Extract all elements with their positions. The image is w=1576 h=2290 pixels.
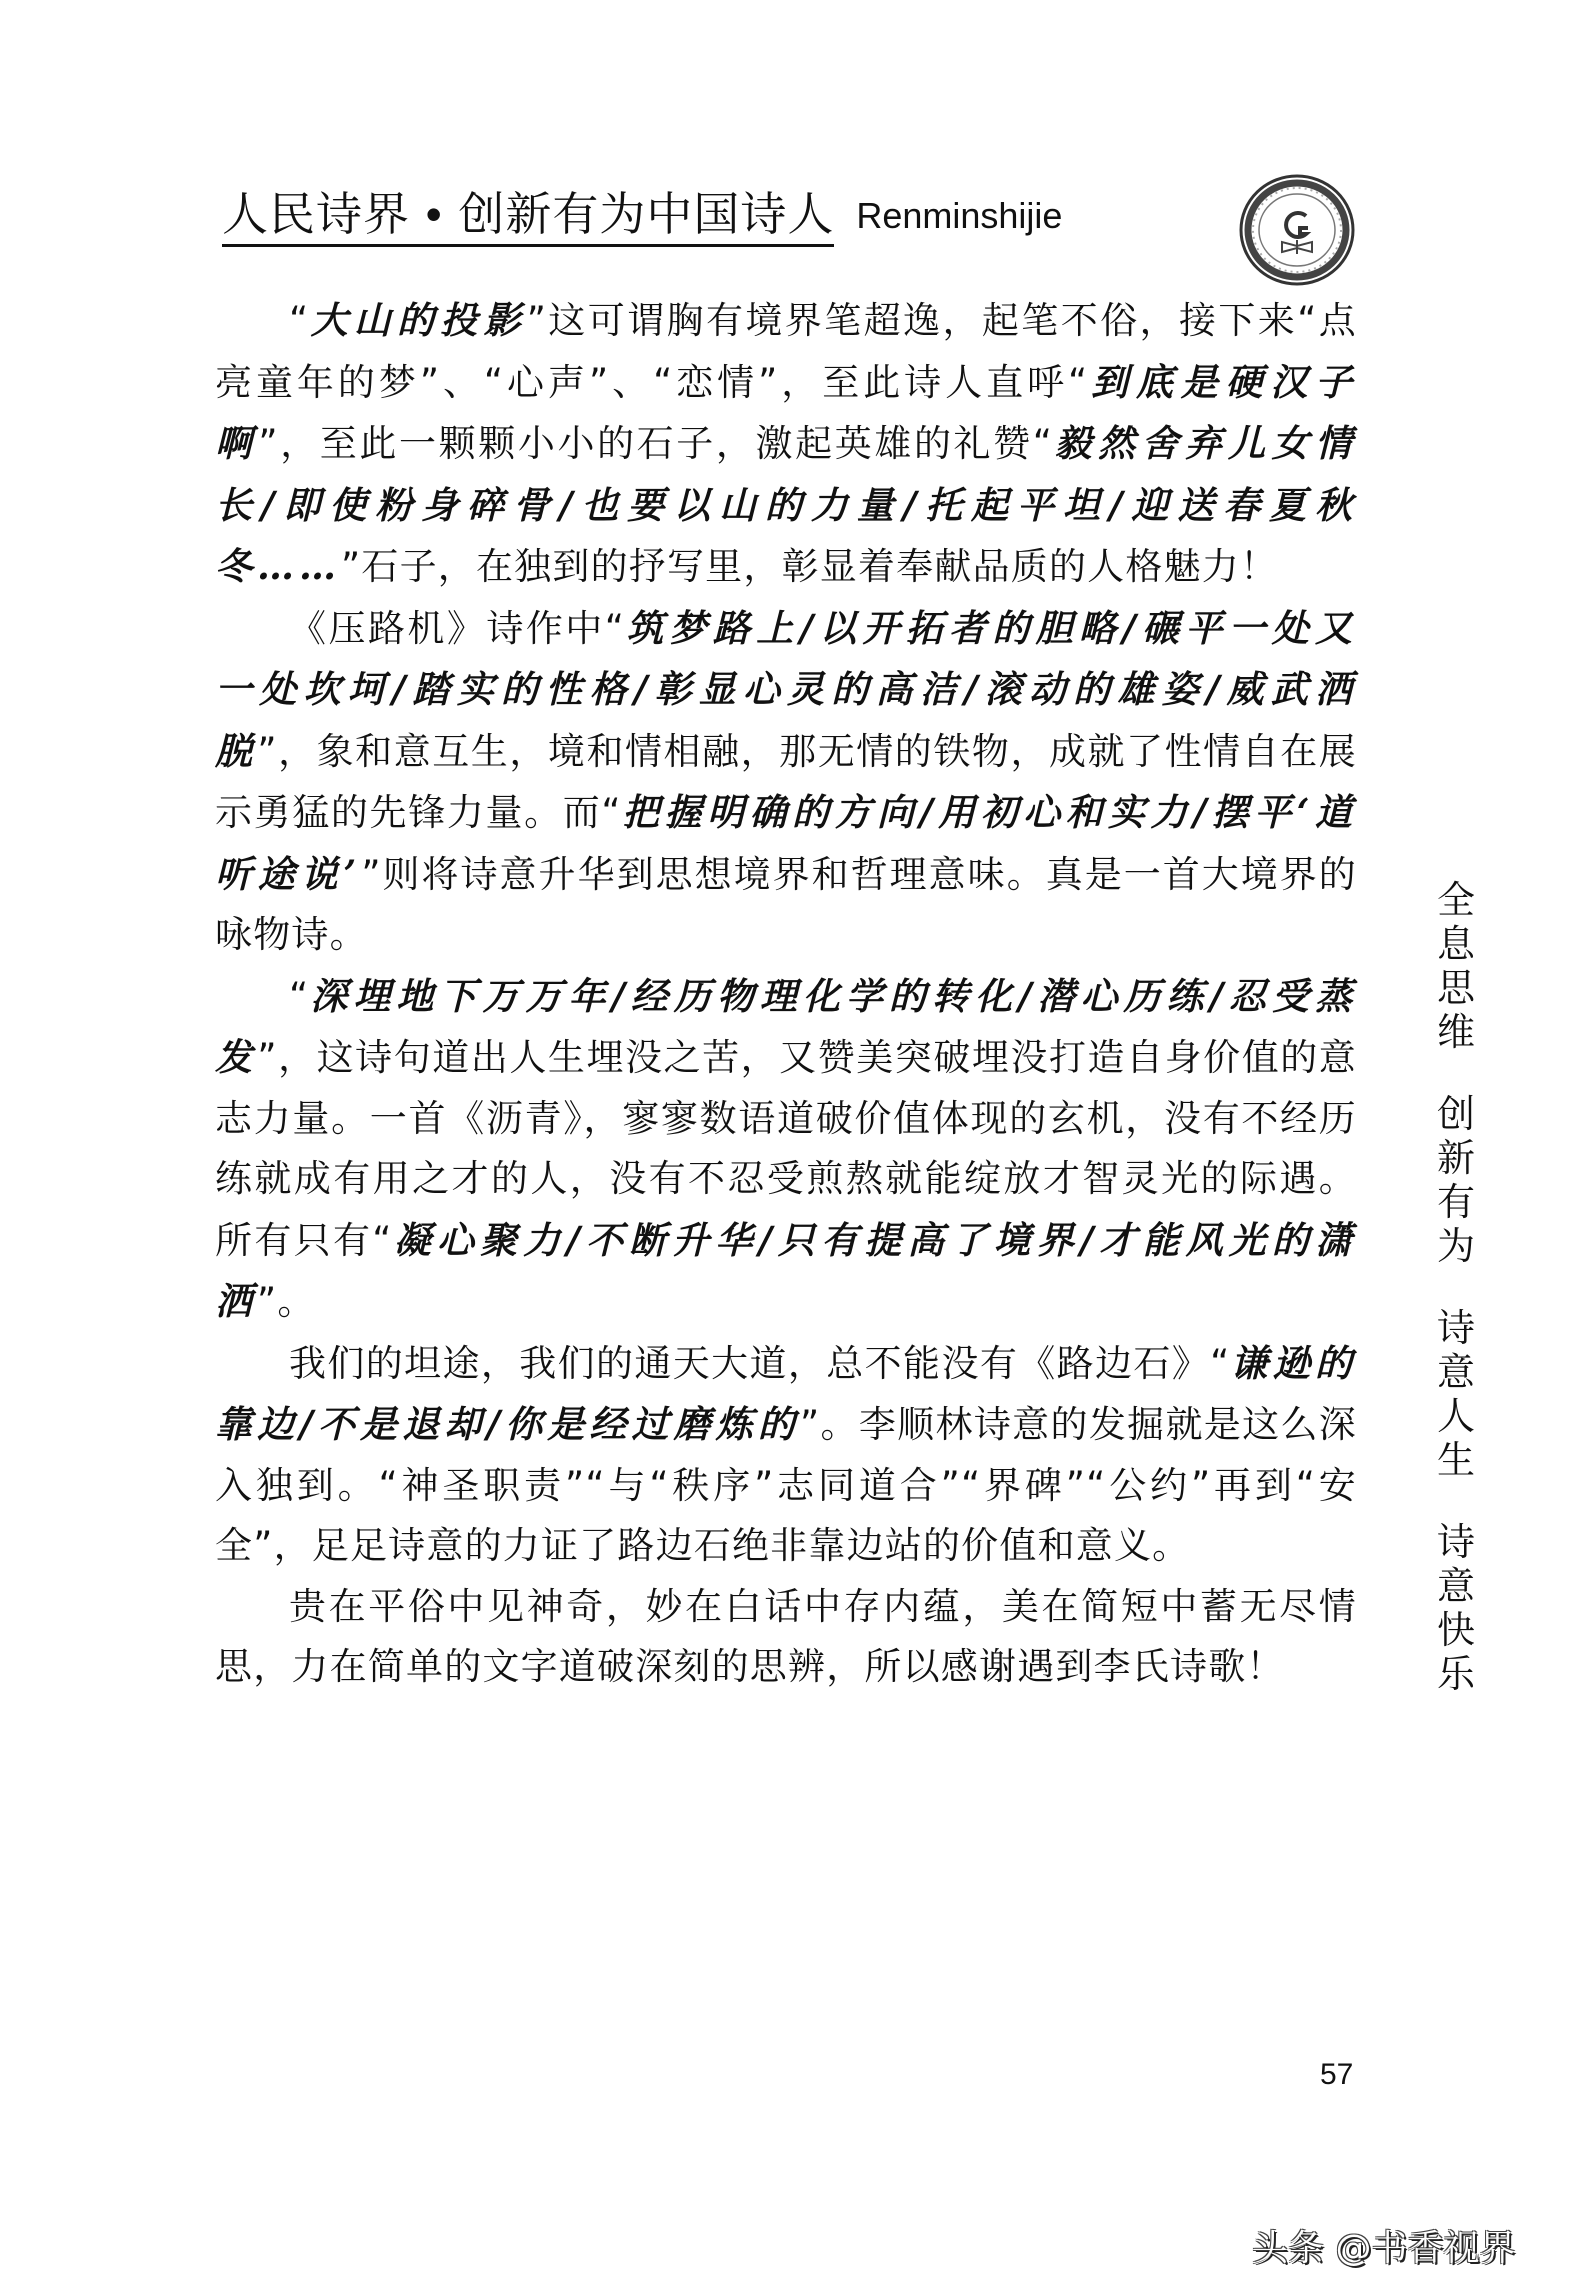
slogan-char: 生: [1432, 1438, 1480, 1482]
slogan-group: 创新有为: [1432, 1092, 1480, 1268]
paragraph: 我们的坦途，我们的通天大道，总不能没有《路边石》“谦逊的靠边/不是退却/你是经过…: [215, 1333, 1357, 1577]
slogan-char: 为: [1432, 1224, 1480, 1268]
text-run: ”则将诗意升华到思想境界和哲理意味。真是一首大境界的咏物诗。: [215, 853, 1357, 957]
running-header: 人民诗界 • 创新有为中国诗人 Renminshijie: [222, 186, 1062, 247]
text-run: “: [289, 299, 309, 342]
text-run: 贵在平俗中见神奇，妙在白话中存内蕴，美在简短中蓄无尽情思，力在简单的文字道破深刻…: [215, 1585, 1357, 1689]
article-body: “大山的投影”这可谓胸有境界笔超逸，起笔不俗，接下来“点亮童年的梦”、“心声”、…: [215, 290, 1357, 1698]
slogan-char: 诗: [1432, 1306, 1480, 1350]
slogan-char: 新: [1432, 1136, 1480, 1180]
slogan-group: 诗意快乐: [1432, 1520, 1480, 1696]
slogan-char: 思: [1432, 966, 1480, 1010]
slogan-char: 人: [1432, 1394, 1480, 1438]
text-run: 《压路机》诗作中“: [289, 607, 625, 650]
slogan-char: 意: [1432, 1350, 1480, 1394]
paragraph: “大山的投影”这可谓胸有境界笔超逸，起笔不俗，接下来“点亮童年的梦”、“心声”、…: [215, 290, 1357, 598]
slogan-char: 息: [1432, 922, 1480, 966]
vertical-slogan-column: 全息思维创新有为诗意人生诗意快乐: [1432, 878, 1480, 1734]
paragraph: 贵在平俗中见神奇，妙在白话中存内蕴，美在简短中蓄无尽情思，力在简单的文字道破深刻…: [215, 1577, 1357, 1698]
slogan-group: 全息思维: [1432, 878, 1480, 1054]
paragraph: “深埋地下万万年/经历物理化学的转化/潜心历练/忍受蒸发”，这诗句道出人生埋没之…: [215, 966, 1357, 1333]
text-run: ”，至此一颗颗小小的石子，激起英雄的礼赞“: [258, 422, 1053, 465]
slogan-char: 意: [1432, 1564, 1480, 1608]
poem-quote: 大山的投影: [309, 298, 526, 342]
slogan-char: 快: [1432, 1608, 1480, 1652]
slogan-char: 有: [1432, 1180, 1480, 1224]
text-run: ”。: [257, 1280, 316, 1323]
paragraph: 《压路机》诗作中“筑梦路上/以开拓者的胆略/碾平一处又一处坎坷/踏实的性格/彰显…: [215, 598, 1357, 966]
text-run: 我们的坦途，我们的通天大道，总不能没有《路边石》“: [289, 1342, 1230, 1385]
page-number: 57: [1320, 2058, 1353, 2092]
slogan-char: 乐: [1432, 1652, 1480, 1696]
slogan-char: 诗: [1432, 1520, 1480, 1564]
slogan-char: 创: [1432, 1092, 1480, 1136]
text-run: “: [289, 975, 309, 1018]
watermark: 头条 @书香视界: [1252, 2220, 1515, 2271]
text-run: ”石子，在独到的抒写里，彰显着奉献品质的人格魅力！: [341, 545, 1278, 588]
header-title: 人民诗界 • 创新有为中国诗人: [222, 186, 834, 247]
circular-seal-logo-icon: [1238, 174, 1356, 286]
slogan-char: 维: [1432, 1010, 1480, 1054]
header-latin-title: Renminshijie: [856, 195, 1062, 237]
slogan-char: 全: [1432, 878, 1480, 922]
slogan-group: 诗意人生: [1432, 1306, 1480, 1482]
